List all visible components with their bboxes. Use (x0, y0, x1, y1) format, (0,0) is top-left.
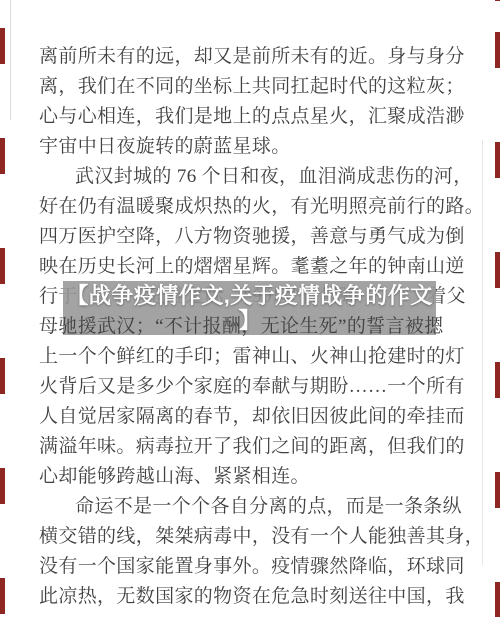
text-line: 离，我们在不同的坐标上共同扛起时代的这粒灰； (39, 72, 466, 102)
text-line: 命运不是一个个各自分离的点，而是一条条纵 (39, 492, 466, 522)
text-line: 心与心相连，我们是地上的点点星火，汇聚成浩渺 (39, 102, 466, 132)
page-title-line1: 【战争疫情作文,关于疫情战争的作文 (66, 283, 433, 309)
text-line: 母驰援武汉；“不计报酬，无论生死”的誓言被摁 (39, 312, 466, 342)
left-edge-red-marks (0, 0, 5, 617)
text-line: 人自觉居家隔离的春节，却依旧因彼此间的牵挂而 (39, 402, 466, 432)
text-line: 上一个个鲜红的手印；雷神山、火神山抢建时的灯 (39, 342, 466, 372)
right-edge-red-marks (495, 0, 500, 617)
text-line: 好在仍有温暖聚成炽热的火，有光明照亮前行的路。 (39, 192, 466, 222)
text-line: 满溢年味。病毒拉开了我们之间的距离，但我们的 (39, 432, 466, 462)
essay-text-block: 离前所未有的远，却又是前所未有的近。身与身分离，我们在不同的坐标上共同扛起时代的… (39, 42, 466, 612)
text-line: 没有一个国家能置身事外。疫情骤然降临，环球同 (39, 552, 466, 582)
text-line: 火背后又是多少个家庭的奉献与期盼……一个所有 (39, 372, 466, 402)
text-line: 武汉封城的 76 个日和夜，血泪淌成悲伤的河， (39, 162, 466, 192)
text-line: 宇宙中日夜旋转的蔚蓝星球。 (39, 132, 466, 162)
text-line: 此凉热，无数国家的物资在危急时刻送往中国，我 (39, 582, 466, 612)
text-line: 映在历史长河上的熠熠星辉。耄耋之年的钟南山逆 (39, 252, 466, 282)
text-line: 横交错的线，桀桀病毒中，没有一个人能独善其身， (39, 522, 466, 552)
scan-artifact-line-left (10, 0, 11, 120)
text-line: 四万医护空降，八方物资驰援，善意与勇气成为倒 (39, 222, 466, 252)
text-line: 离前所未有的远，却又是前所未有的近。身与身分 (39, 42, 466, 72)
text-line: 心却能够跨越山海、紧紧相连。 (39, 462, 466, 492)
scanned-essay-page: 离前所未有的远，却又是前所未有的近。身与身分离，我们在不同的坐标上共同扛起时代的… (0, 0, 500, 617)
